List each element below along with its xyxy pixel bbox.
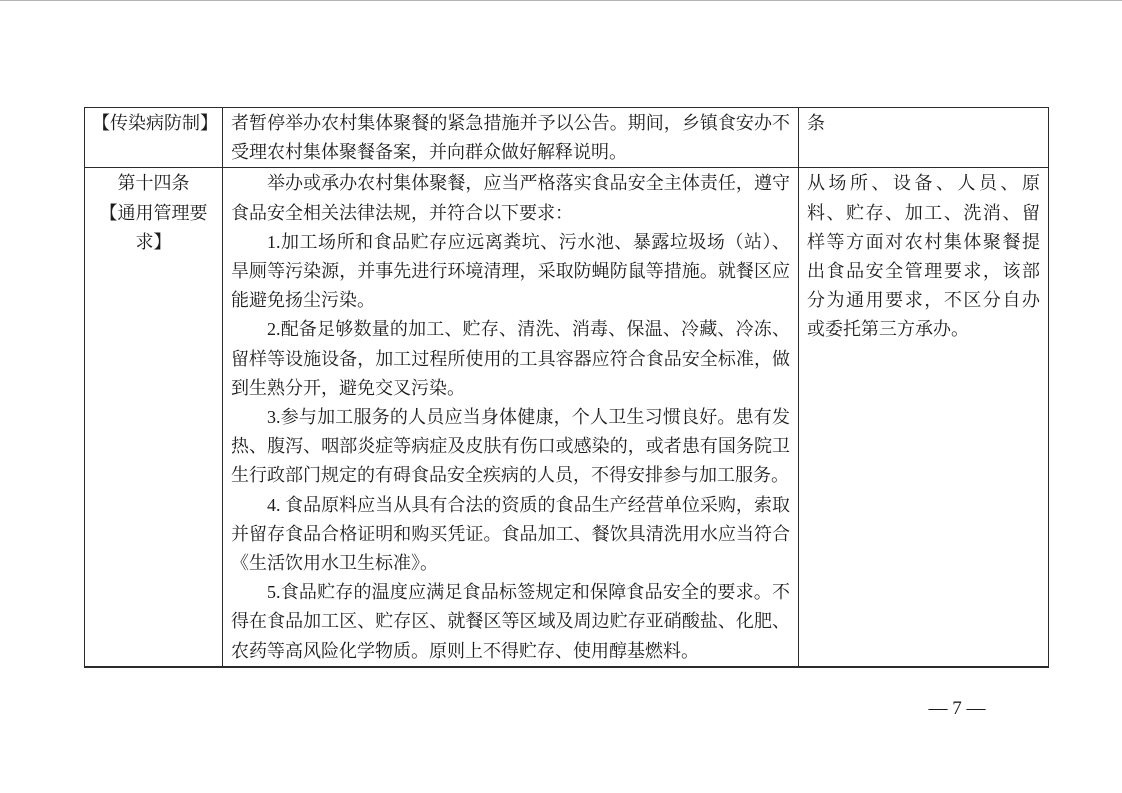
article-paragraph-item-4: 4. 食品原料应当从具有合法的资质的食品生产经营单位采购，索取并留存食品合格证明… [231,491,790,579]
table-row-article-14: 第十四条 【通用管理要求】 举办或承办农村集体聚餐，应当严格落实食品安全主体责任… [85,168,1049,667]
article-content-cell: 举办或承办农村集体聚餐，应当严格落实食品安全主体责任，遵守食品安全相关法律法规，… [223,168,799,667]
document-page: { "document": { "page_number": "— 7 —", … [0,0,1122,793]
article-note-cell: 从场所、设备、人员、原料、贮存、加工、洗消、留样等方面对农村集体聚餐提出食品安全… [799,168,1049,667]
article-paragraph-item-5: 5.食品贮存的温度应满足食品标签规定和保障食品安全的要求。不得在食品加工区、贮存… [231,578,790,666]
article-paragraph-item-3: 3.参与加工服务的人员应当身体健康，个人卫生习惯良好。患有发热、腹泻、咽部炎症等… [231,403,790,491]
article-content-cell: 者暂停举办农村集体聚餐的紧急措施并予以公告。期间，乡镇食安办不受理农村集体聚餐备… [223,108,799,168]
article-label: 【通用管理要求】 [92,199,215,257]
article-note-cell: 条 [799,108,1049,168]
note-text: 从场所、设备、人员、原料、贮存、加工、洗消、留样等方面对农村集体聚餐提出食品安全… [807,169,1040,344]
article-label: 【传染病防制】 [92,109,215,138]
article-label-cell: 第十四条 【通用管理要求】 [85,168,223,667]
article-number: 第十四条 [92,169,215,198]
regulation-table: 【传染病防制】 者暂停举办农村集体聚餐的紧急措施并予以公告。期间，乡镇食安办不受… [84,107,1049,668]
note-text: 条 [807,109,1040,138]
page-number: — 7 — [912,698,1002,720]
page-top-edge-line [0,0,1122,1]
article-label-cell: 【传染病防制】 [85,108,223,168]
article-paragraph-item-1: 1.加工场所和食品贮存应远离粪坑、污水池、暴露垃圾场（站）、旱厕等污染源，并事先… [231,228,790,316]
article-paragraph-item-2: 2.配备足够数量的加工、贮存、清洗、消毒、保温、冷藏、冷冻、留样等设施设备，加工… [231,315,790,403]
article-paragraph: 者暂停举办农村集体聚餐的紧急措施并予以公告。期间，乡镇食安办不受理农村集体聚餐备… [231,109,790,167]
table-row-infectious-disease: 【传染病防制】 者暂停举办农村集体聚餐的紧急措施并予以公告。期间，乡镇食安办不受… [85,108,1049,168]
article-paragraph-intro: 举办或承办农村集体聚餐，应当严格落实食品安全主体责任，遵守食品安全相关法律法规，… [231,169,790,227]
